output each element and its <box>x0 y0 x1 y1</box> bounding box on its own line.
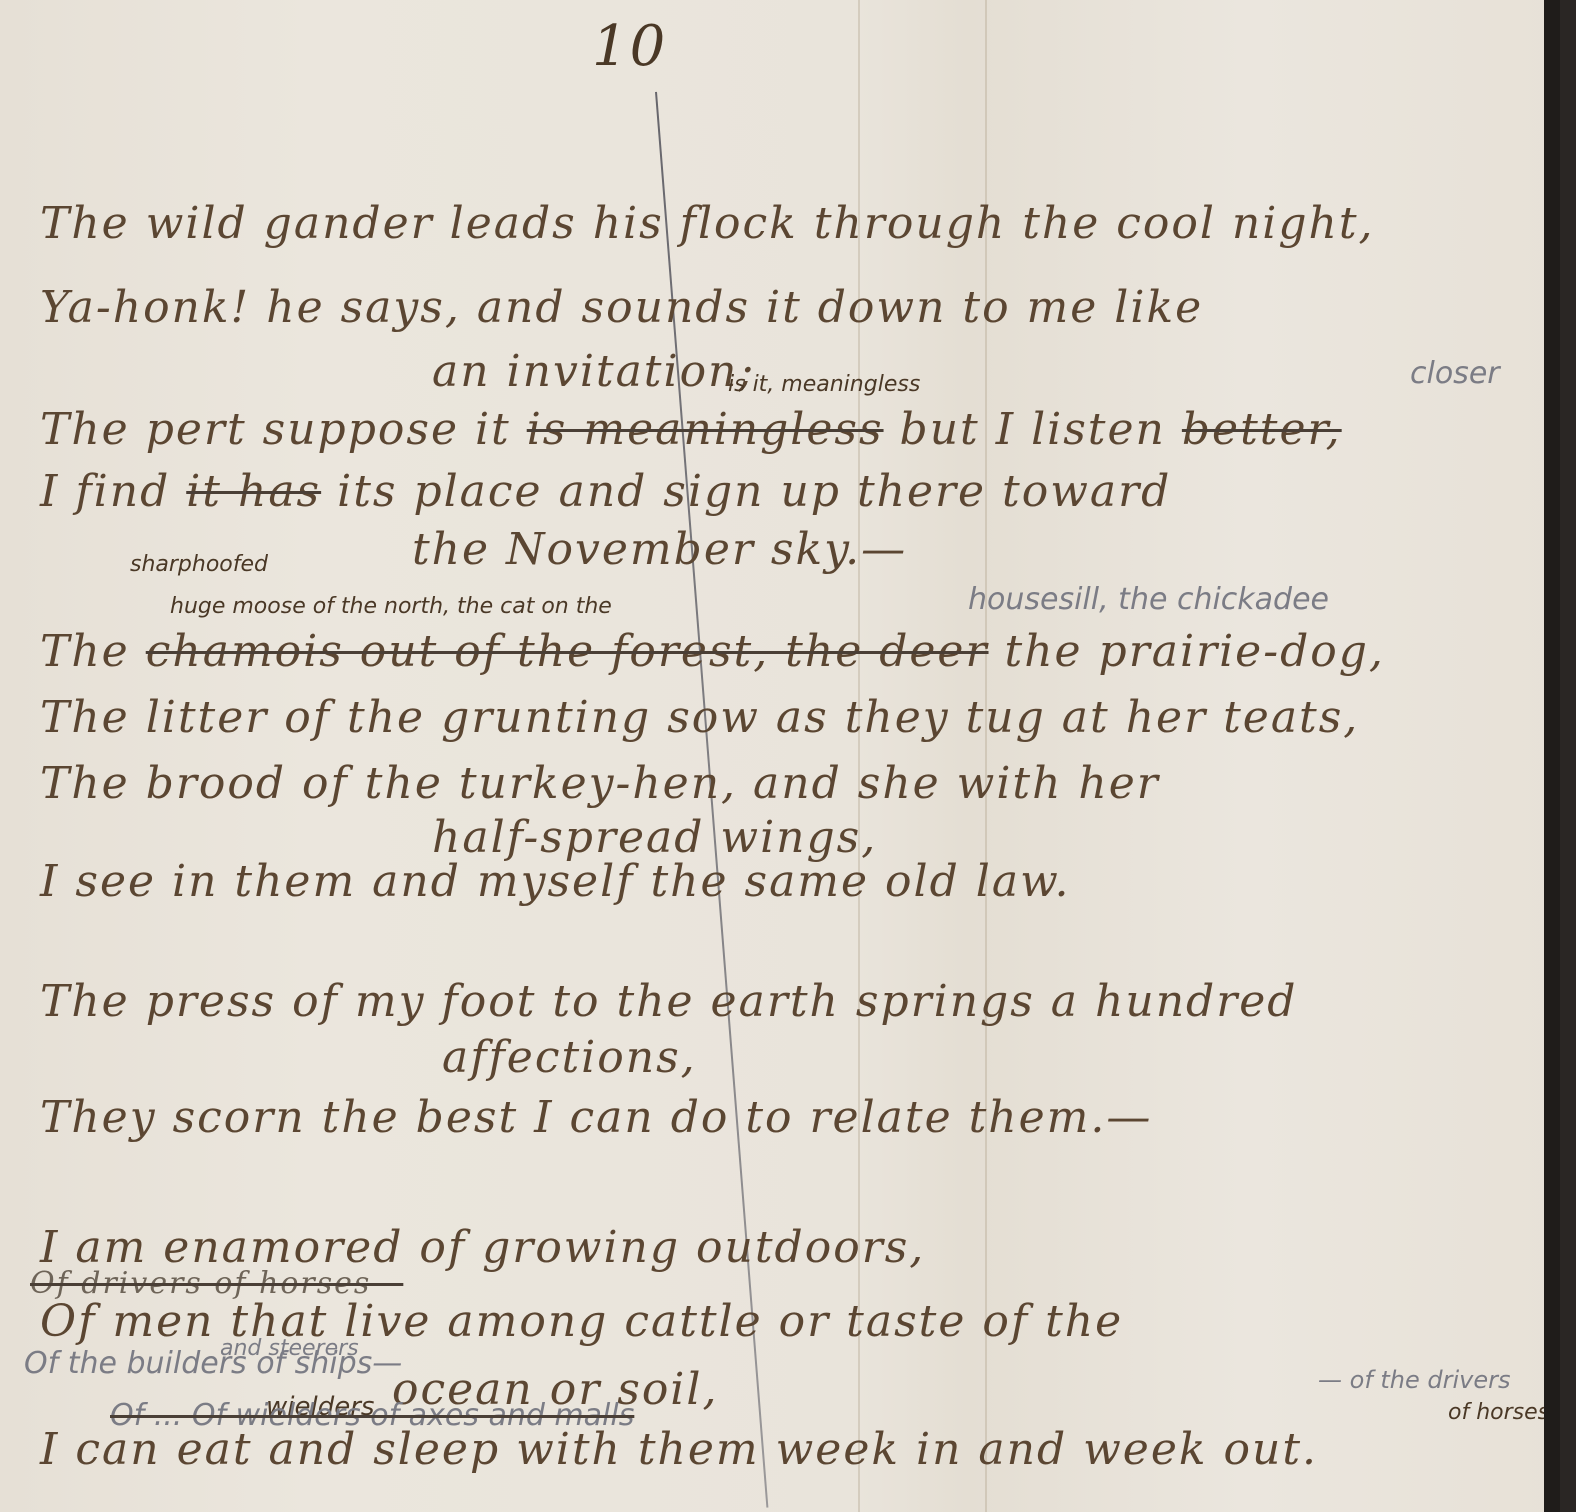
verse-line: I see in them and myself the same old la… <box>40 856 1071 907</box>
verse-line: The press of my foot to the earth spring… <box>40 976 1297 1027</box>
line-text: the prairie-dog, <box>1005 626 1385 677</box>
line-text: its place and sign up there toward <box>337 466 1171 517</box>
insertion-above: sharphoofed <box>130 552 268 577</box>
verse-line-indented: affections, <box>442 1032 697 1083</box>
verse-line: Of men that live among cattle or taste o… <box>40 1296 1123 1347</box>
verse-line: They scorn the best I can do to relate t… <box>40 1092 1152 1143</box>
verse-line: The brood of the turkey-hen, and she wit… <box>40 758 1160 809</box>
manuscript-page: 10 The wild gander leads his flock throu… <box>0 0 1560 1512</box>
struck-text: chamois out of the forest, the deer <box>146 626 989 677</box>
page-edge-shadow <box>1544 0 1560 1512</box>
pencil-insertion: closer <box>1410 356 1500 391</box>
verse-line: The litter of the grunting sow as they t… <box>40 692 1359 743</box>
pencil-line: Of the builders of ships— <box>24 1346 402 1381</box>
verse-line: Ya-honk! he says, and sounds it down to … <box>40 282 1203 333</box>
verse-line: The pert suppose it is meaningless but I… <box>40 404 1342 455</box>
verse-line: I can eat and sleep with them week in an… <box>40 1424 1318 1475</box>
line-text: The <box>40 626 130 677</box>
verse-line: The wild gander leads his flock through … <box>40 198 1375 249</box>
line-text: but I listen <box>900 404 1166 455</box>
verse-line-indented: an invitation; <box>432 346 755 397</box>
verse-line: The chamois out of the forest, the deer … <box>40 626 1385 677</box>
line-text: I find <box>40 466 170 517</box>
verse-line: I find it has its place and sign up ther… <box>40 466 1171 517</box>
struck-text: it has <box>186 466 321 517</box>
insertion-above: huge moose of the north, the cat on the <box>170 594 612 619</box>
struck-text: better, <box>1182 404 1342 455</box>
line-text: The pert suppose it <box>40 404 511 455</box>
struck-text: is meaningless <box>527 404 884 455</box>
insertion-above: is it, meaningless <box>728 372 920 397</box>
verse-line-indented: the November sky.— <box>412 524 907 575</box>
pencil-insertion: — of the drivers <box>1318 1366 1511 1394</box>
page-number: 10 <box>592 14 667 79</box>
pencil-insertion: housesill, the chickadee <box>968 582 1329 617</box>
insertion-ink: of horses <box>1448 1400 1549 1425</box>
